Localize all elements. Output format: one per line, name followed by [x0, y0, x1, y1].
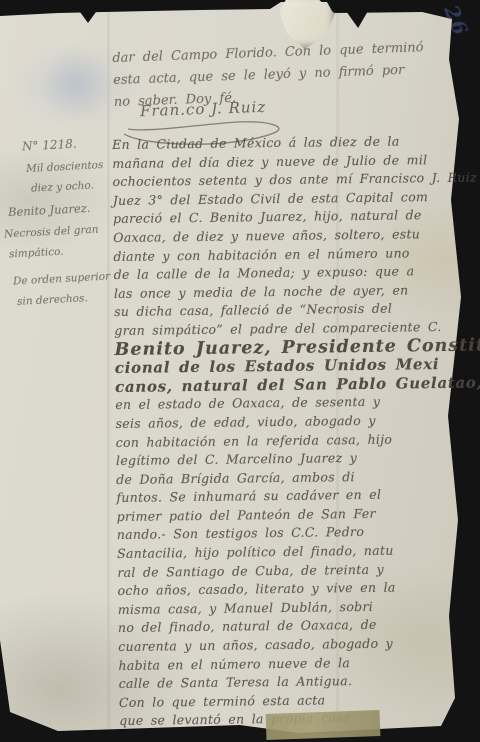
margin-note-line: simpático.: [9, 246, 64, 261]
margin-note-line: N° 1218.: [22, 137, 77, 154]
margin-note-line: De orden superior: [13, 270, 111, 287]
photographed-document: 26 dar del Campo Florido. Con lo que ter…: [0, 0, 480, 742]
margin-note-line: Mil doscientos: [26, 159, 104, 175]
act-body: En la Ciudad de México á las diez de lam…: [112, 132, 469, 731]
margin-note-line: Necrosis del gran: [4, 224, 99, 241]
margin-note-line: sin derechos.: [17, 292, 88, 308]
margin-note-line: diez y ocho.: [31, 179, 94, 194]
tape-repair: [266, 710, 381, 740]
margin-annotations: N° 1218.Mil doscientosdiez y ocho.Benito…: [0, 0, 108, 742]
margin-note-line: Benito Juarez.: [8, 201, 91, 219]
